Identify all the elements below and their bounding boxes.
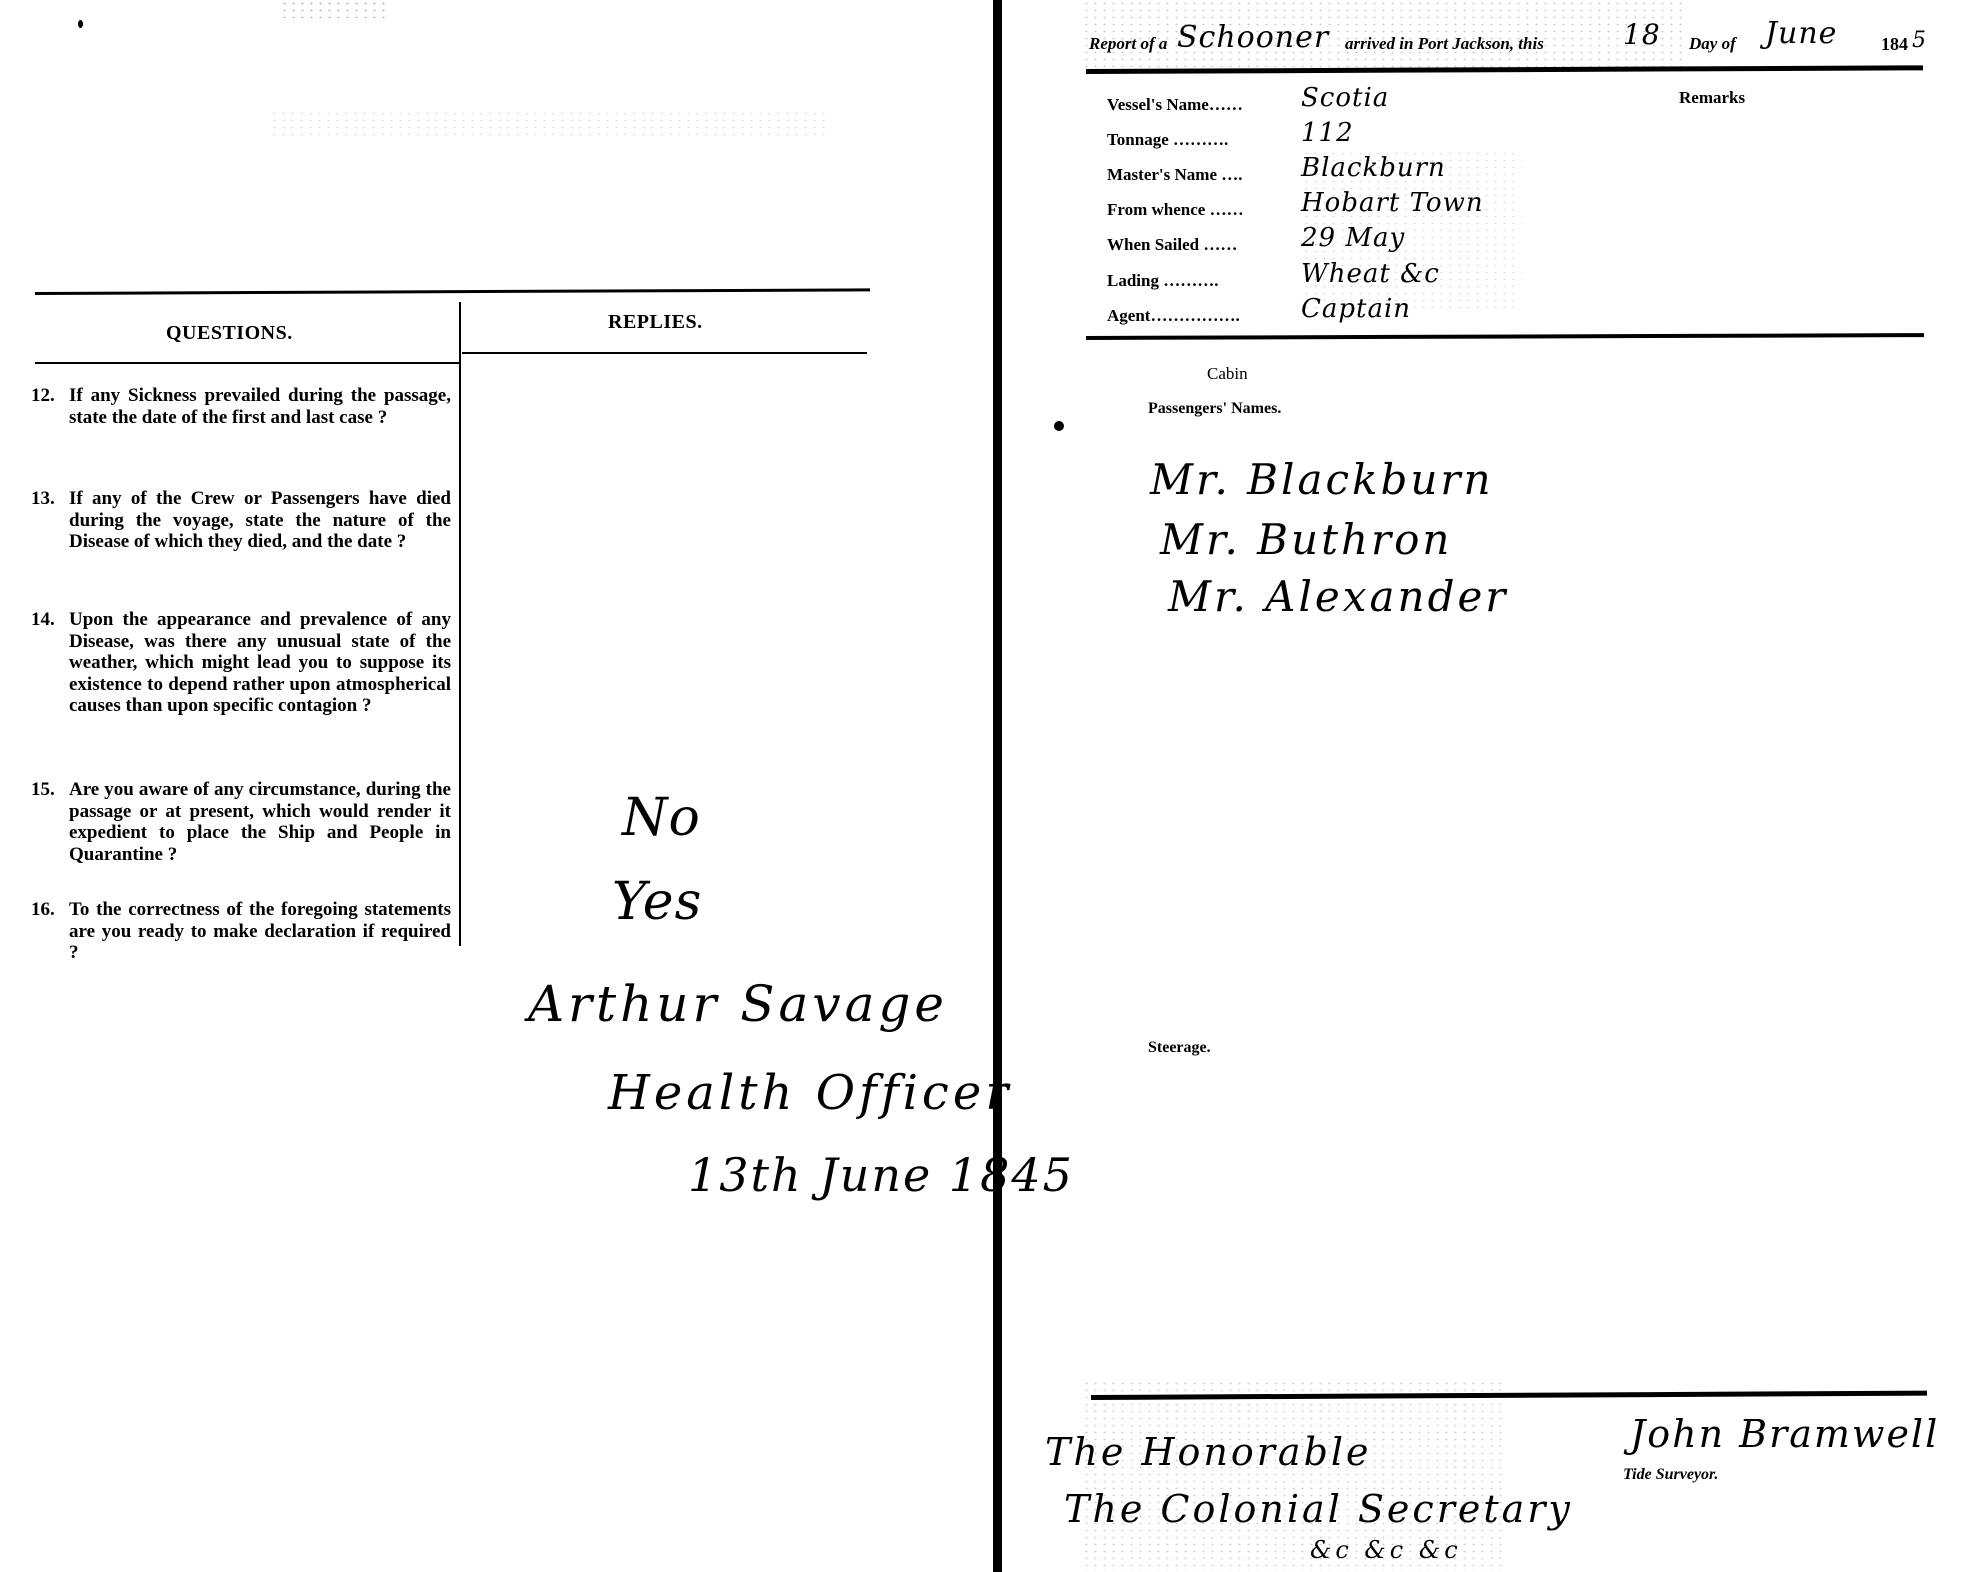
tide-surveyor-title: Tide Surveyor. (1623, 1466, 1718, 1484)
field-lading: Lading ………. Wheat &c (1107, 271, 1218, 301)
left-page: QUESTIONS. REPLIES. 12. If any Sickness … (0, 0, 990, 1572)
field-agent: Agent……………. Captain (1107, 306, 1240, 336)
addressee-line-2: The Colonial Secretary (1064, 1487, 1573, 1531)
field-from-whence: From whence …… Hobart Town (1107, 200, 1244, 230)
question-number: 12. (31, 385, 55, 407)
field-value: 29 May (1301, 223, 1405, 253)
field-masters-name: Master's Name …. Blackburn (1107, 165, 1243, 195)
question-number: 16. (31, 899, 55, 921)
ink-spot (78, 20, 83, 28)
health-officer-signature: Arthur Savage (528, 975, 948, 1033)
cabin-passenger-3: Mr. Alexander (1168, 572, 1508, 621)
ink-spot (1054, 421, 1064, 431)
reply-q16: Yes (612, 872, 702, 932)
field-label: Lading ………. (1107, 271, 1218, 291)
addressee-line-1: The Honorable (1045, 1430, 1372, 1474)
vessel-type: Schooner (1177, 20, 1329, 55)
arrival-day: 18 (1623, 18, 1661, 51)
questions-column-header: QUESTIONS. (166, 322, 293, 345)
field-label: Vessel's Name…… (1107, 95, 1243, 115)
field-label: Agent……………. (1107, 306, 1240, 326)
field-tonnage: Tonnage ………. 112 (1107, 130, 1228, 160)
table-top-rule (35, 288, 870, 295)
column-divider (459, 302, 461, 946)
health-officer-title: Health Officer (608, 1065, 1012, 1121)
question-text: To the correctness of the foregoing stat… (31, 899, 451, 964)
steerage-label: Steerage. (1148, 1039, 1211, 1057)
cabin-passenger-1: Mr. Blackburn (1150, 455, 1494, 504)
question-text: If any of the Crew or Passengers have di… (31, 488, 451, 553)
field-value: Captain (1301, 294, 1411, 324)
question-12: 12. If any Sickness prevailed during the… (31, 385, 451, 428)
reply-q15: No (622, 788, 701, 848)
arrival-year-handwritten: 5 (1912, 28, 1927, 53)
field-value: Scotia (1301, 83, 1389, 113)
field-label: Master's Name …. (1107, 165, 1243, 185)
question-number: 15. (31, 779, 55, 801)
addressee-line-3: &c &c &c (1310, 1536, 1462, 1564)
questions-header-bottom-rule (35, 362, 459, 364)
page-gutter-divider (993, 0, 1002, 1572)
scan-noise (270, 110, 830, 138)
question-14: 14. Upon the appearance and prevalence o… (31, 609, 451, 717)
question-text: If any Sickness prevailed during the pas… (31, 385, 451, 428)
cabin-passenger-2: Mr. Buthron (1160, 515, 1452, 564)
field-value: Hobart Town (1301, 188, 1484, 218)
question-16: 16. To the correctness of the foregoing … (31, 899, 451, 964)
field-value: 112 (1301, 118, 1354, 148)
report-middle-text: arrived in Port Jackson, this (1345, 34, 1544, 54)
field-when-sailed: When Sailed …… 29 May (1107, 235, 1237, 265)
question-13: 13. If any of the Crew or Passengers hav… (31, 488, 451, 553)
field-label: Tonnage ………. (1107, 130, 1228, 150)
field-label: From whence …… (1107, 200, 1244, 220)
arrival-month: June (1765, 16, 1837, 51)
replies-header-bottom-rule (462, 352, 867, 354)
day-of-text: Day of (1689, 34, 1736, 54)
field-label: When Sailed …… (1107, 235, 1237, 255)
field-value: Blackburn (1301, 153, 1446, 183)
question-15: 15. Are you aware of any circumstance, d… (31, 779, 451, 865)
arrival-year-printed: 184 (1881, 34, 1908, 55)
field-vessel-name: Vessel's Name…… Scotia (1107, 95, 1243, 125)
question-number: 13. (31, 488, 55, 510)
remarks-label: Remarks (1679, 88, 1745, 108)
tide-surveyor-signature: John Bramwell (1630, 1412, 1939, 1456)
passengers-names-label: Passengers' Names. (1148, 400, 1281, 418)
report-prefix: Report of a (1089, 34, 1167, 54)
question-number: 14. (31, 609, 55, 631)
question-text: Upon the appearance and prevalence of an… (31, 609, 451, 717)
question-text: Are you aware of any circumstance, durin… (31, 779, 451, 865)
scan-noise (280, 0, 390, 18)
replies-column-header: REPLIES. (608, 311, 703, 334)
report-header: Report of a Schooner arrived in Port Jac… (1089, 22, 1929, 62)
field-value: Wheat &c (1301, 259, 1440, 289)
cabin-label: Cabin (1207, 364, 1248, 384)
